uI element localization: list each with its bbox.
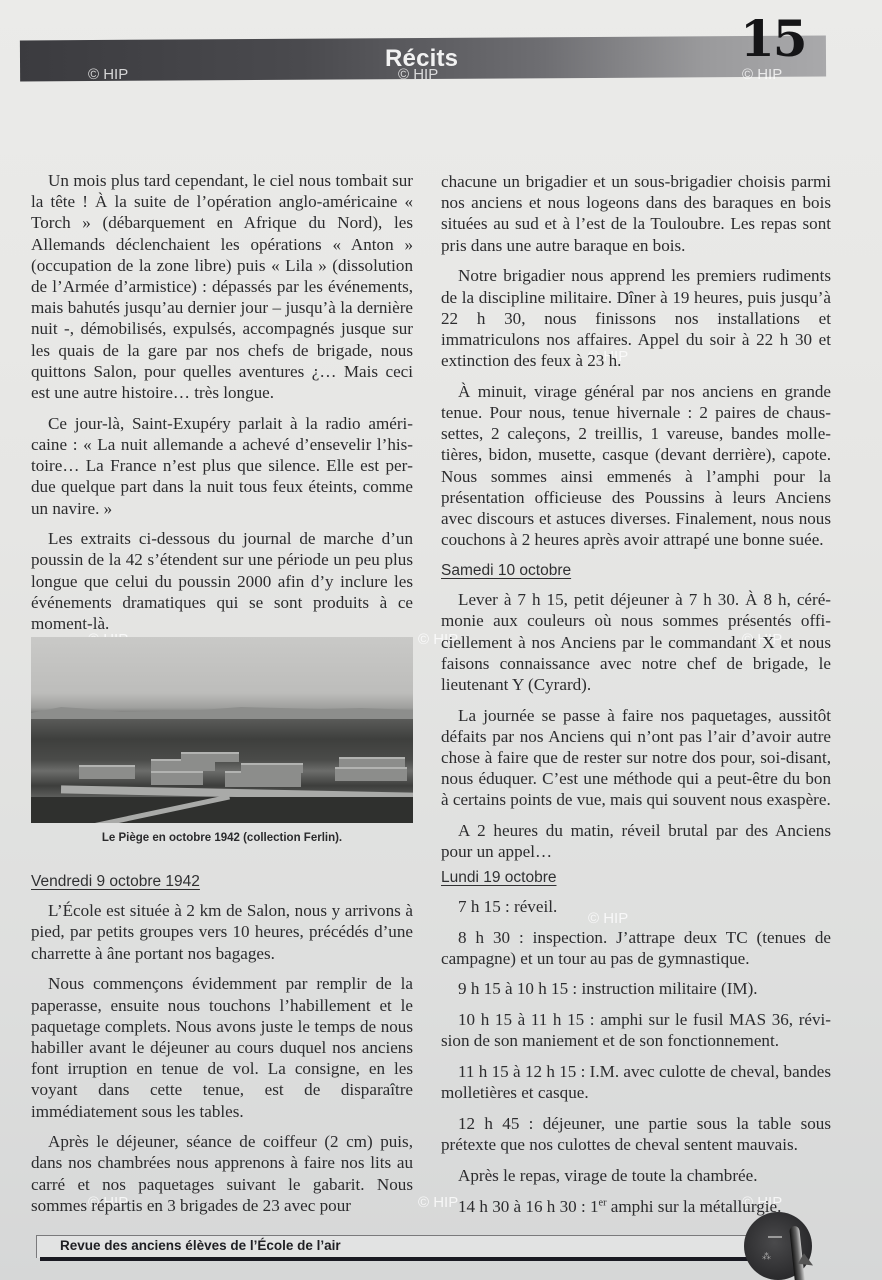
paragraph: Lever à 7 h 15, petit déjeuner à 7 h 30.… (441, 589, 831, 695)
mountain-silhouette (31, 699, 413, 719)
barrack (79, 765, 135, 779)
schedule-entry: 11 h 15 à 12 h 15 : I.M. avec culotte de… (441, 1061, 831, 1103)
publication-name: Revue des anciens élèves de l’École de l… (60, 1238, 341, 1253)
footer-rule (40, 1257, 800, 1261)
schedule-entry: Après le repas, virage de toute la chamb… (441, 1165, 831, 1186)
logo-wing-shape (789, 1226, 805, 1280)
barrack (339, 757, 405, 767)
ordinal-superscript: er (599, 1197, 607, 1208)
schedule-entry: 9 h 15 à 10 h 15 : instruction militaire… (441, 978, 831, 999)
paragraph: chacune un brigadier et un sous-brigadie… (441, 171, 831, 256)
barrack (241, 763, 303, 773)
paragraph: A 2 heures du matin, réveil brutal par d… (441, 820, 831, 862)
left-column-intro: Un mois plus tard cependant, le ciel nou… (31, 170, 413, 644)
photo-caption: Le Piège en octobre 1942 (collection Fer… (31, 832, 413, 844)
date-heading-monday: Lundi 19 octobre (441, 867, 831, 888)
paragraph: Nous commençons évidemment par remplir d… (31, 973, 413, 1121)
schedule-entry: 7 h 15 : réveil. (441, 896, 831, 917)
paragraph: Ce jour-là, Saint-Exupéry parlait à la r… (31, 413, 413, 519)
schedule-entry: 8 h 30 : inspection. J’attrape deux TC (… (441, 927, 831, 969)
schedule-entry: 12 h 45 : déjeuner, une partie sous la t… (441, 1113, 831, 1155)
page-number: 15 (740, 14, 806, 64)
paragraph: L’École est située à 2 km de Salon, nous… (31, 900, 413, 964)
schedule-text: amphi sur la métallurgie. (607, 1197, 782, 1216)
paragraph: Les extraits ci-dessous du journal de ma… (31, 528, 413, 634)
section-title: Récits (385, 45, 475, 73)
date-heading-saturday: Samedi 10 octobre (441, 560, 831, 581)
right-column: chacune un brigadier et un sous-brigadie… (441, 171, 831, 1226)
paragraph: À minuit, virage général par nos anciens… (441, 381, 831, 551)
paragraph: La journée se passe à faire nos paquetag… (441, 705, 831, 811)
paragraph: Notre brigadier nous apprend les premier… (441, 265, 831, 371)
schedule-entry: 10 h 15 à 11 h 15 : amphi sur le fusil M… (441, 1009, 831, 1051)
logo-emblem-glyph: ⁂ (762, 1252, 771, 1262)
date-heading-friday: Vendredi 9 octobre 1942 (31, 871, 413, 892)
barrack (225, 771, 301, 787)
paragraph: Après le déjeuner, séance de coiffeur (2… (31, 1131, 413, 1216)
logo-wing-glyph (768, 1230, 782, 1238)
historical-photo-le-piege (31, 637, 413, 823)
school-logo-icon: ⁂ (744, 1212, 812, 1280)
schedule-time: 14 h 30 à 16 h 30 : 1 (458, 1197, 599, 1216)
paragraph: Un mois plus tard cependant, le ciel nou… (31, 170, 413, 403)
left-column-friday: Vendredi 9 octobre 1942 L’École est situ… (31, 871, 413, 1226)
barrack (181, 752, 239, 762)
barrack (335, 767, 407, 781)
barrack (151, 771, 203, 785)
